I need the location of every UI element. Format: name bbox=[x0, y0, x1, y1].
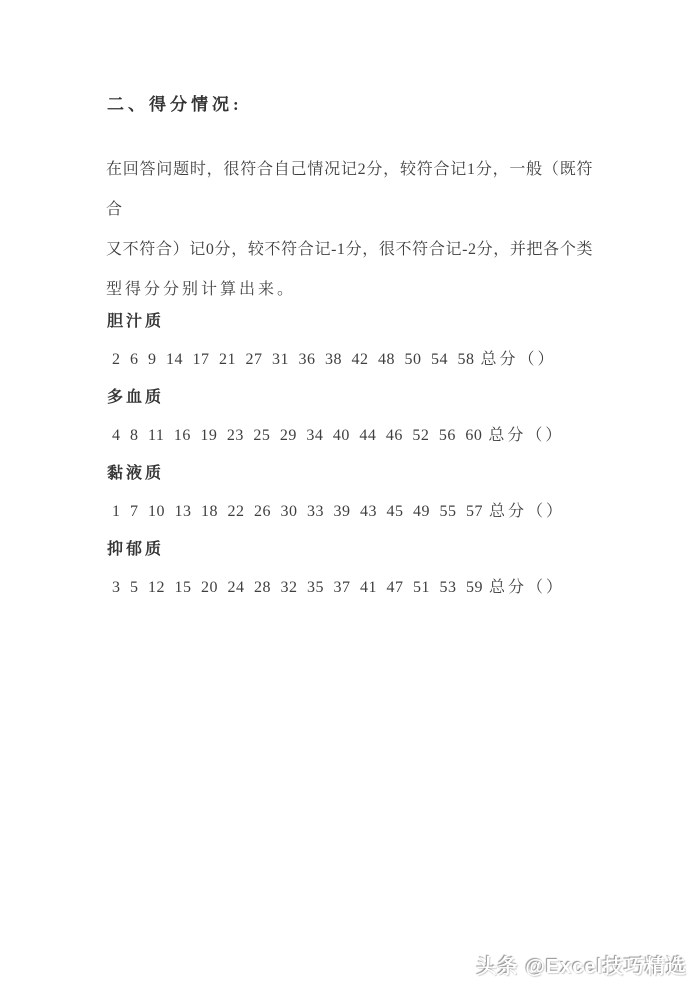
score-line-sanguine: 4 8 11 16 19 23 25 29 34 40 44 46 52 56 … bbox=[107, 417, 607, 455]
section-heading-score-situation: 二、得分情况: bbox=[107, 90, 243, 115]
section-title-choleric: 胆汁质 bbox=[107, 303, 607, 341]
section-title-melancholic: 抑郁质 bbox=[107, 531, 607, 569]
total-label-choleric: 总分（） bbox=[481, 351, 557, 368]
question-numbers-phlegmatic: 1 7 10 13 18 22 26 30 33 39 43 45 49 55 … bbox=[112, 503, 483, 520]
section-melancholic: 抑郁质 3 5 12 15 20 24 28 32 35 37 41 47 51… bbox=[107, 531, 607, 607]
paragraph-line-1: 在回答问题时，很符合自己情况记2分，较符合记1分，一般（既符合 bbox=[106, 150, 593, 230]
scoring-instructions-paragraph: 在回答问题时，很符合自己情况记2分，较符合记1分，一般（既符合 又不符合）记0分… bbox=[106, 150, 593, 310]
toutiao-watermark: 头条 @Excel技巧精选 bbox=[477, 950, 687, 979]
question-numbers-choleric: 2 6 9 14 17 21 27 31 36 38 42 48 50 54 5… bbox=[112, 351, 475, 368]
temperament-sections: 胆汁质 2 6 9 14 17 21 27 31 36 38 42 48 50 … bbox=[107, 303, 607, 607]
score-line-melancholic: 3 5 12 15 20 24 28 32 35 37 41 47 51 53 … bbox=[107, 569, 607, 607]
section-title-phlegmatic: 黏液质 bbox=[107, 455, 607, 493]
section-phlegmatic: 黏液质 1 7 10 13 18 22 26 30 33 39 43 45 49… bbox=[107, 455, 607, 531]
section-choleric: 胆汁质 2 6 9 14 17 21 27 31 36 38 42 48 50 … bbox=[107, 303, 607, 379]
total-label-phlegmatic: 总分（） bbox=[489, 503, 565, 520]
section-title-sanguine: 多血质 bbox=[107, 379, 607, 417]
score-line-choleric: 2 6 9 14 17 21 27 31 36 38 42 48 50 54 5… bbox=[107, 341, 607, 379]
paragraph-line-2: 又不符合）记0分，较不符合记-1分，很不符合记-2分，并把各个类 bbox=[106, 230, 593, 270]
total-label-sanguine: 总分（） bbox=[488, 427, 564, 444]
total-label-melancholic: 总分（） bbox=[489, 579, 565, 596]
question-numbers-sanguine: 4 8 11 16 19 23 25 29 34 40 44 46 52 56 … bbox=[112, 427, 482, 444]
question-numbers-melancholic: 3 5 12 15 20 24 28 32 35 37 41 47 51 53 … bbox=[112, 579, 483, 596]
document-page: 二、得分情况: 在回答问题时，很符合自己情况记2分，较符合记1分，一般（既符合 … bbox=[0, 0, 700, 990]
score-line-phlegmatic: 1 7 10 13 18 22 26 30 33 39 43 45 49 55 … bbox=[107, 493, 607, 531]
section-sanguine: 多血质 4 8 11 16 19 23 25 29 34 40 44 46 52… bbox=[107, 379, 607, 455]
